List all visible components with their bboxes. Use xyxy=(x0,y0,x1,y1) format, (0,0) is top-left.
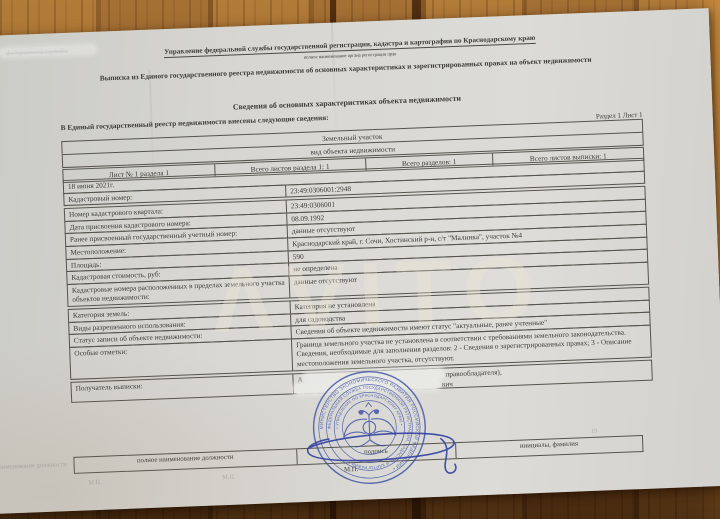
name-caption: инициалы, фамилия xyxy=(455,436,643,458)
bleedthrough-text: наименование должности xyxy=(0,461,70,471)
recipient-fragment: правообладателя), xyxy=(445,367,502,379)
document-sheet: федеральной службы Управление федерально… xyxy=(0,8,720,514)
bleedthrough-text: М.П. xyxy=(222,474,236,482)
bleedthrough-text: 19 xyxy=(591,428,598,435)
pen-signature xyxy=(290,414,473,501)
bleedthrough-text: М.П. xyxy=(88,479,102,487)
recipient-fragment: вич xyxy=(442,379,453,389)
smudge-blur xyxy=(0,45,96,58)
position-caption: полное наименование должности xyxy=(74,449,296,472)
